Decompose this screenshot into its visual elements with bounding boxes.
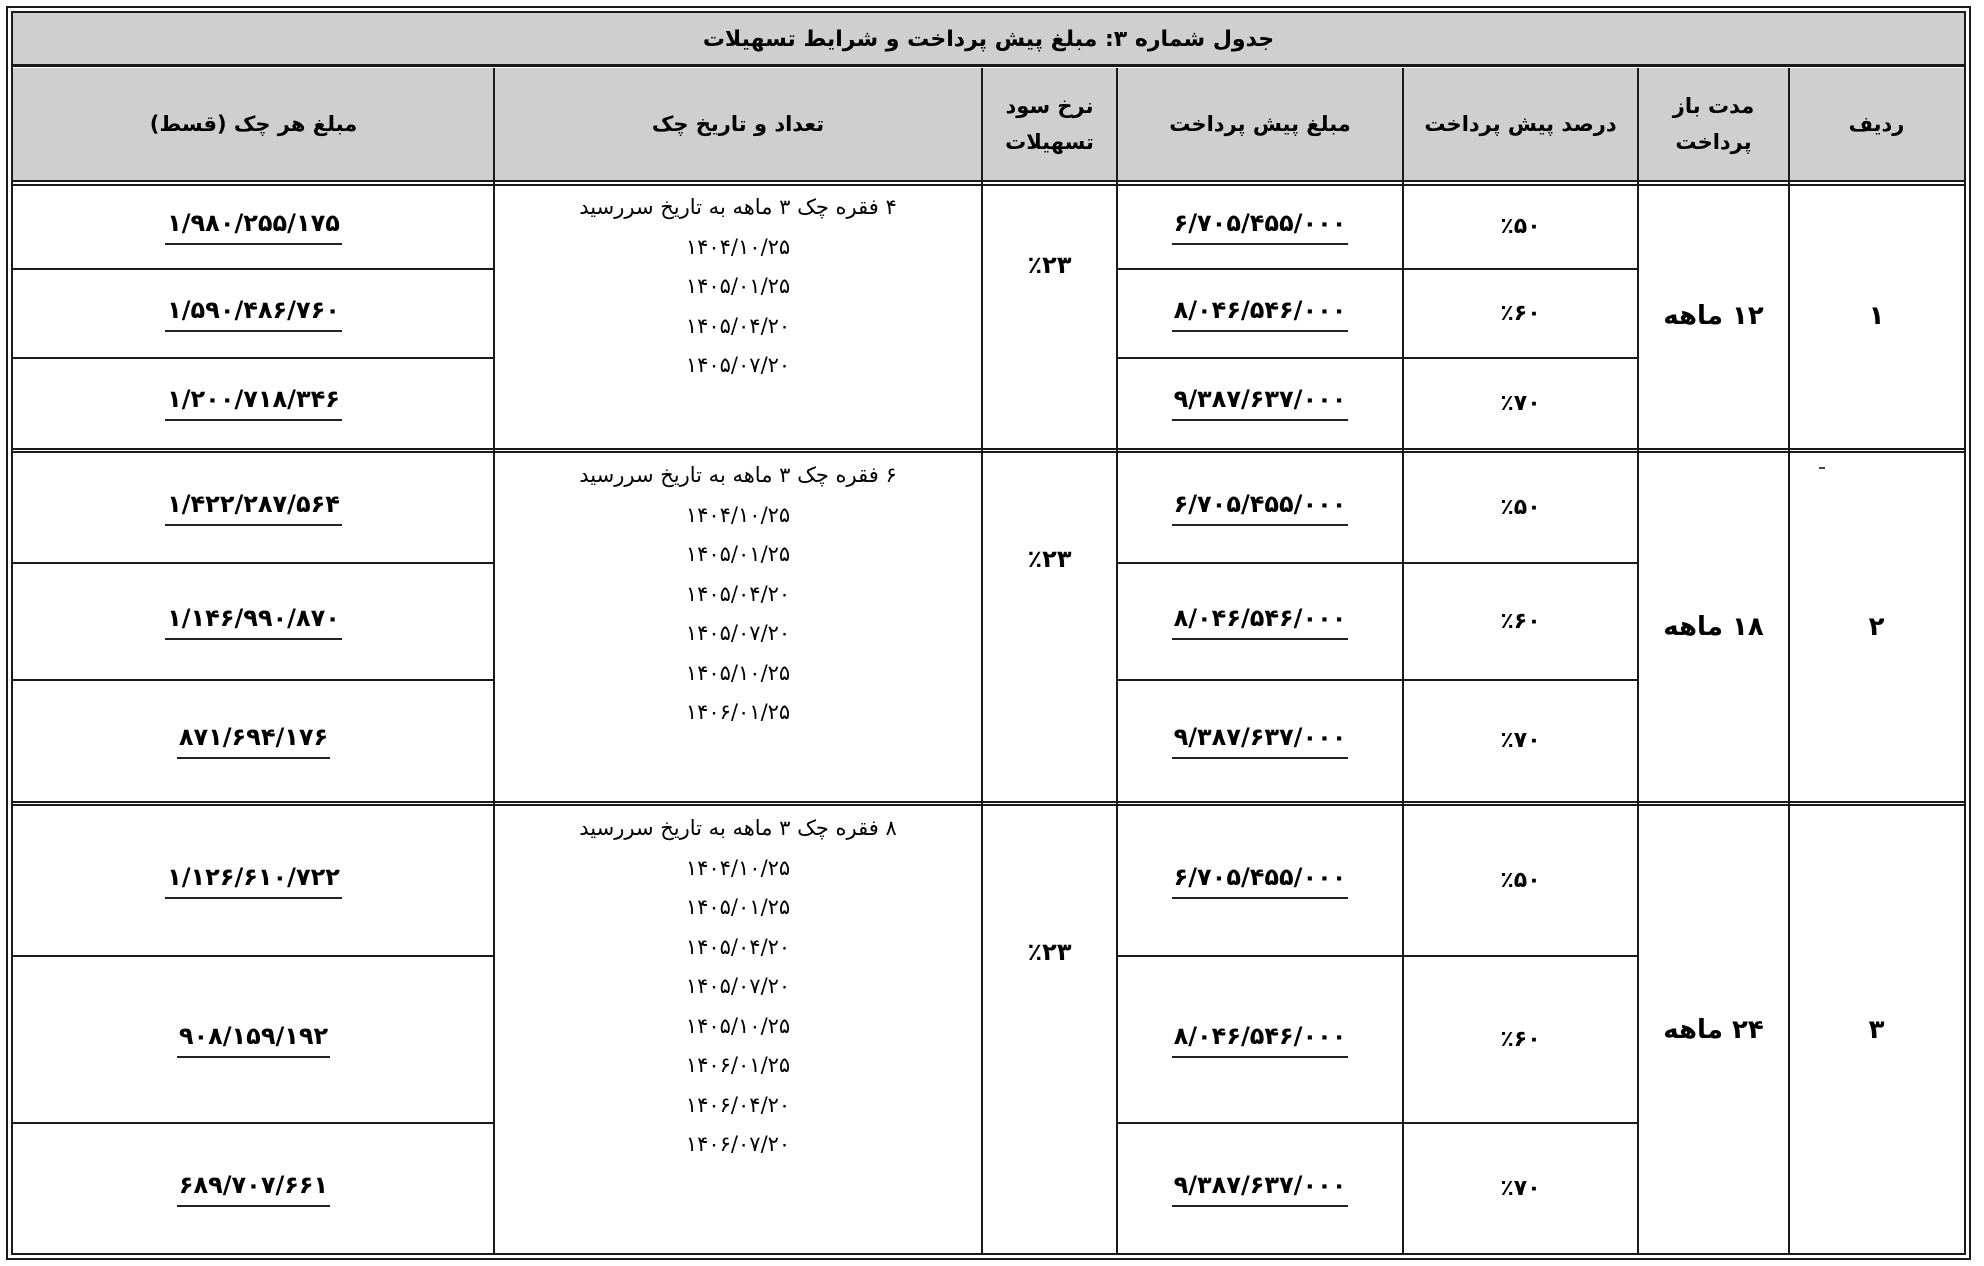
prepay-amount-cell: ۸/۰۴۶/۵۴۶/۰۰۰ (1117, 269, 1403, 358)
header-installment: مبلغ هر چک (قسط) (13, 68, 494, 180)
header-label: مبلغ پیش پرداخت (1169, 106, 1351, 142)
row-number-cell: ۲ (1789, 452, 1964, 801)
installment-amount: ۱/۴۲۲/۲۸۷/۵۶۴ (165, 490, 342, 526)
interest-rate-cell: ٪۲۳ (982, 805, 1117, 1254)
check-date: ۱۴۰۴/۱۰/۲۵ (686, 496, 790, 536)
installment-amount: ۱/۱۲۶/۶۱۰/۷۲۲ (165, 863, 342, 899)
check-date: ۱۴۰۶/۰۱/۲۵ (686, 693, 790, 733)
payment-table: جدول شماره ۳: مبلغ پیش پرداخت و شرایط تس… (11, 11, 1966, 1255)
prepay-percent-cell: ٪۵۰ (1403, 452, 1638, 563)
check-date: ۱۴۰۵/۱۰/۲۵ (686, 1007, 790, 1047)
prepay-percent: ٪۷۰ (1500, 391, 1540, 416)
header-label: درصد پیش پرداخت (1424, 106, 1616, 142)
prepay-percent-cell: ٪۶۰ (1403, 956, 1638, 1123)
row-number-cell: ۳ (1789, 805, 1964, 1254)
check-date: ۱۴۰۶/۰۴/۲۰ (686, 1086, 790, 1126)
header-label: مدت باز پرداخت (1638, 88, 1789, 160)
stray-mark (1819, 467, 1825, 469)
installment-cell: ۱/۱۲۶/۶۱۰/۷۲۲ (13, 805, 494, 956)
column-divider (1637, 68, 1639, 1254)
prepay-percent-cell: ٪۶۰ (1403, 563, 1638, 680)
prepay-amount-cell: ۸/۰۴۶/۵۴۶/۰۰۰ (1117, 563, 1403, 680)
interest-rate: ٪۲۳ (1028, 251, 1072, 279)
check-date: ۱۴۰۶/۰۷/۲۰ (686, 1125, 790, 1165)
installment-amount: ۶۸۹/۷۰۷/۶۶۱ (177, 1171, 330, 1207)
checks-title: ۴ فقره چک ۳ ماهه به تاریخ سررسید (579, 188, 896, 228)
prepay-amount: ۹/۳۸۷/۶۳۷/۰۰۰ (1172, 1171, 1349, 1207)
checks-title: ۸ فقره چک ۳ ماهه به تاریخ سررسید (579, 809, 896, 849)
interest-rate: ٪۲۳ (1028, 545, 1072, 573)
row-number: ۱ (1869, 301, 1885, 331)
prepay-percent: ٪۵۰ (1500, 495, 1540, 520)
prepay-percent: ٪۶۰ (1500, 609, 1540, 634)
installment-cell: ۱/۱۴۶/۹۹۰/۸۷۰ (13, 563, 494, 680)
header-checks: تعداد و تاریخ چک (494, 68, 982, 180)
term-cell: ۱۲ ماهه (1638, 184, 1789, 448)
check-date: ۱۴۰۵/۱۰/۲۵ (686, 654, 790, 694)
table-title-band: جدول شماره ۳: مبلغ پیش پرداخت و شرایط تس… (13, 13, 1964, 67)
header-label: ردیف (1849, 106, 1905, 142)
interest-rate: ٪۲۳ (1028, 938, 1072, 966)
installment-cell: ۸۷۱/۶۹۴/۱۷۶ (13, 680, 494, 801)
prepay-amount: ۹/۳۸۷/۶۳۷/۰۰۰ (1172, 385, 1349, 421)
prepay-amount: ۸/۰۴۶/۵۴۶/۰۰۰ (1172, 604, 1349, 640)
prepay-percent: ٪۷۰ (1500, 728, 1540, 753)
header-prepay-percent: درصد پیش پرداخت (1403, 68, 1638, 180)
prepay-amount-cell: ۸/۰۴۶/۵۴۶/۰۰۰ (1117, 956, 1403, 1123)
column-divider (1402, 68, 1404, 1254)
prepay-amount: ۹/۳۸۷/۶۳۷/۰۰۰ (1172, 723, 1349, 759)
check-date: ۱۴۰۵/۰۱/۲۵ (686, 267, 790, 307)
column-divider (1788, 68, 1790, 1254)
prepay-amount: ۶/۷۰۵/۴۵۵/۰۰۰ (1172, 863, 1349, 899)
prepay-percent-cell: ٪۷۰ (1403, 680, 1638, 801)
installment-amount: ۱/۹۸۰/۲۵۵/۱۷۵ (165, 209, 342, 245)
header-term: مدت باز پرداخت (1638, 68, 1789, 180)
column-divider (981, 68, 983, 1254)
prepay-amount: ۸/۰۴۶/۵۴۶/۰۰۰ (1172, 296, 1349, 332)
checks-title: ۶ فقره چک ۳ ماهه به تاریخ سررسید (579, 456, 896, 496)
installment-cell: ۱/۹۸۰/۲۵۵/۱۷۵ (13, 184, 494, 269)
header-interest-rate: نرخ سود تسهیلات (982, 68, 1117, 180)
checks-cell: ۶ فقره چک ۳ ماهه به تاریخ سررسید۱۴۰۴/۱۰/… (494, 452, 982, 801)
prepay-amount-cell: ۹/۳۸۷/۶۳۷/۰۰۰ (1117, 358, 1403, 448)
title-separator (13, 64, 1964, 66)
interest-rate-cell: ٪۲۳ (982, 452, 1117, 801)
prepay-amount-cell: ۶/۷۰۵/۴۵۵/۰۰۰ (1117, 805, 1403, 956)
checks-cell: ۸ فقره چک ۳ ماهه به تاریخ سررسید۱۴۰۴/۱۰/… (494, 805, 982, 1254)
check-date: ۱۴۰۵/۰۴/۲۰ (686, 307, 790, 347)
installment-amount: ۱/۱۴۶/۹۹۰/۸۷۰ (165, 604, 342, 640)
prepay-amount-cell: ۹/۳۸۷/۶۳۷/۰۰۰ (1117, 1123, 1403, 1254)
prepay-amount: ۶/۷۰۵/۴۵۵/۰۰۰ (1172, 209, 1349, 245)
prepay-percent: ٪۵۰ (1500, 214, 1540, 239)
check-date: ۱۴۰۵/۰۷/۲۰ (686, 346, 790, 386)
check-date: ۱۴۰۴/۱۰/۲۵ (686, 228, 790, 268)
table-frame: جدول شماره ۳: مبلغ پیش پرداخت و شرایط تس… (6, 6, 1971, 1260)
prepay-percent-cell: ٪۵۰ (1403, 184, 1638, 269)
installment-cell: ۶۸۹/۷۰۷/۶۶۱ (13, 1123, 494, 1254)
prepay-percent: ٪۶۰ (1500, 1027, 1540, 1052)
table-title: جدول شماره ۳: مبلغ پیش پرداخت و شرایط تس… (703, 27, 1274, 52)
checks-cell: ۴ فقره چک ۳ ماهه به تاریخ سررسید۱۴۰۴/۱۰/… (494, 184, 982, 448)
group-separator (13, 448, 1964, 450)
installment-amount: ۸۷۱/۶۹۴/۱۷۶ (177, 723, 330, 759)
installment-cell: ۹۰۸/۱۵۹/۱۹۲ (13, 956, 494, 1123)
check-date: ۱۴۰۵/۰۱/۲۵ (686, 888, 790, 928)
interest-rate-cell: ٪۲۳ (982, 184, 1117, 448)
installment-amount: ۱/۵۹۰/۴۸۶/۷۶۰ (165, 296, 342, 332)
column-divider (1116, 68, 1118, 1254)
header-label: مبلغ هر چک (قسط) (150, 106, 358, 142)
prepay-amount-cell: ۶/۷۰۵/۴۵۵/۰۰۰ (1117, 452, 1403, 563)
check-date: ۱۴۰۵/۰۴/۲۰ (686, 928, 790, 968)
header-row-no: ردیف (1789, 68, 1964, 180)
check-date: ۱۴۰۵/۰۴/۲۰ (686, 575, 790, 615)
row-number: ۳ (1869, 1015, 1885, 1045)
prepay-percent: ٪۶۰ (1500, 301, 1540, 326)
repayment-term: ۲۴ ماهه (1663, 1015, 1763, 1045)
check-date: ۱۴۰۵/۰۷/۲۰ (686, 614, 790, 654)
prepay-amount-cell: ۶/۷۰۵/۴۵۵/۰۰۰ (1117, 184, 1403, 269)
installment-cell: ۱/۴۲۲/۲۸۷/۵۶۴ (13, 452, 494, 563)
prepay-percent-cell: ٪۶۰ (1403, 269, 1638, 358)
term-cell: ۱۸ ماهه (1638, 452, 1789, 801)
check-date: ۱۴۰۵/۰۷/۲۰ (686, 967, 790, 1007)
prepay-amount-cell: ۹/۳۸۷/۶۳۷/۰۰۰ (1117, 680, 1403, 801)
check-date: ۱۴۰۶/۰۱/۲۵ (686, 1046, 790, 1086)
check-date: ۱۴۰۵/۰۱/۲۵ (686, 535, 790, 575)
check-date: ۱۴۰۴/۱۰/۲۵ (686, 849, 790, 889)
prepay-amount: ۶/۷۰۵/۴۵۵/۰۰۰ (1172, 490, 1349, 526)
header-separator (13, 180, 1964, 182)
installment-amount: ۹۰۸/۱۵۹/۱۹۲ (177, 1022, 330, 1058)
prepay-amount: ۸/۰۴۶/۵۴۶/۰۰۰ (1172, 1022, 1349, 1058)
prepay-percent: ٪۵۰ (1500, 868, 1540, 893)
header-label: تعداد و تاریخ چک (652, 106, 824, 142)
prepay-percent-cell: ٪۷۰ (1403, 1123, 1638, 1254)
group-separator (13, 801, 1964, 803)
prepay-percent-cell: ٪۵۰ (1403, 805, 1638, 956)
prepay-percent: ٪۷۰ (1500, 1176, 1540, 1201)
row-number-cell: ۱ (1789, 184, 1964, 448)
repayment-term: ۱۲ ماهه (1663, 301, 1763, 331)
header-prepay-amount: مبلغ پیش پرداخت (1117, 68, 1403, 180)
repayment-term: ۱۸ ماهه (1663, 612, 1763, 642)
header-label: نرخ سود تسهیلات (982, 88, 1117, 160)
installment-amount: ۱/۲۰۰/۷۱۸/۳۴۶ (165, 385, 342, 421)
term-cell: ۲۴ ماهه (1638, 805, 1789, 1254)
installment-cell: ۱/۲۰۰/۷۱۸/۳۴۶ (13, 358, 494, 448)
column-divider (493, 68, 495, 1254)
installment-cell: ۱/۵۹۰/۴۸۶/۷۶۰ (13, 269, 494, 358)
prepay-percent-cell: ٪۷۰ (1403, 358, 1638, 448)
row-number: ۲ (1869, 612, 1885, 642)
